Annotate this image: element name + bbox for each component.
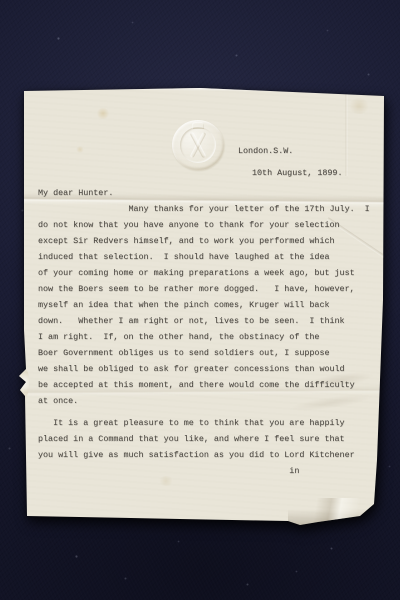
letter-paragraph: Many thanks for your letter of the 17th … — [38, 201, 370, 409]
photo-of-letter: London.S.W. 10th August, 1899. My dear H… — [0, 0, 400, 600]
letter-body: Many thanks for your letter of the 17th … — [38, 201, 370, 479]
letter-line: do not know that you have anyone to than… — [38, 217, 370, 233]
letter-line: you will give as much satisfaction as yo… — [38, 447, 370, 463]
letter-line: except Sir Redvers himself, and to work … — [38, 233, 370, 249]
letter-line: at once. — [38, 393, 370, 409]
letter-sheet: London.S.W. 10th August, 1899. My dear H… — [0, 0, 400, 600]
letter-line: Boer Government obliges us to send soldi… — [38, 345, 370, 361]
letter-line: we shall be obliged to ask for greater c… — [38, 361, 370, 377]
letter-line: of your coming home or making preparatio… — [38, 265, 370, 281]
letter-location: London.S.W. — [238, 143, 293, 159]
letter-line: induced that selection. I should have la… — [38, 249, 370, 265]
letter-salutation: My dear Hunter. — [38, 185, 113, 201]
typewritten-text-layer: London.S.W. 10th August, 1899. My dear H… — [0, 0, 400, 600]
letter-line: I am right. If, on the other hand, the o… — [38, 329, 370, 345]
letter-line: now the Boers seem to be rather more dog… — [38, 281, 370, 297]
letter-line: It is a great pleasure to me to think th… — [38, 415, 370, 431]
letter-line: in — [38, 463, 370, 479]
letter-date: 10th August, 1899. — [252, 165, 342, 181]
letter-line: myself an idea that when the pinch comes… — [38, 297, 370, 313]
letter-line: placed in a Command that you like, and w… — [38, 431, 370, 447]
letter-paragraph: It is a great pleasure to me to think th… — [38, 415, 370, 479]
letter-line: down. Whether I am right or not, lives t… — [38, 313, 370, 329]
letter-line: be accepted at this moment, and there wo… — [38, 377, 370, 393]
letter-sheet-wrapper: London.S.W. 10th August, 1899. My dear H… — [0, 0, 400, 600]
letter-line: Many thanks for your letter of the 17th … — [38, 201, 370, 217]
